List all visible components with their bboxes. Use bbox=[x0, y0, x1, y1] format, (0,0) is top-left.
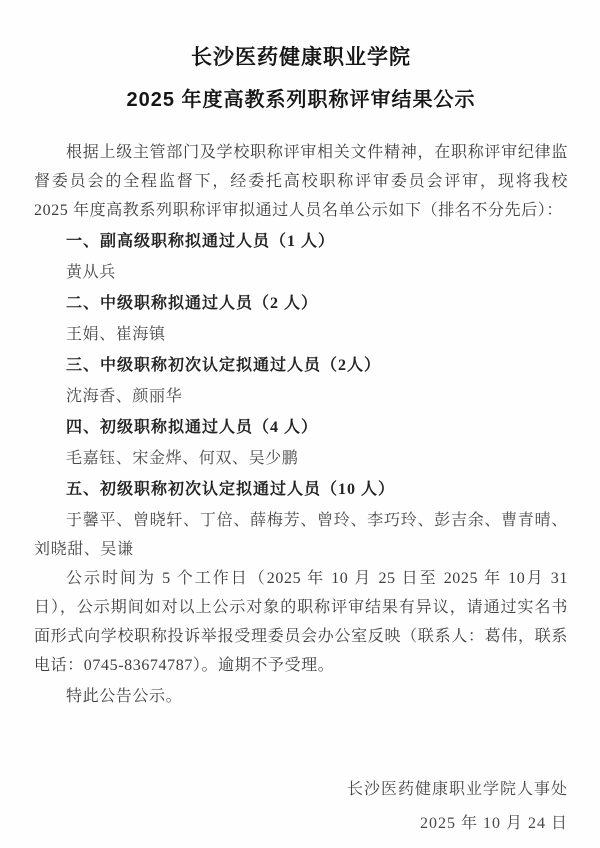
document-body: 根据上级主管部门及学校职称评审相关文件精神，在职称评审纪律监督委员会的全程监督下… bbox=[34, 138, 568, 711]
section-4-names: 毛嘉钰、宋金烨、何双、吴少鹏 bbox=[34, 444, 568, 473]
closing-paragraph: 特此公告公示。 bbox=[34, 682, 568, 711]
notice-paragraph: 公示时间为 5 个工作日（2025 年 10 月 25 日至 2025 年 10… bbox=[34, 564, 568, 680]
section-5-names: 于馨平、曾晓轩、丁倍、薛梅芳、曾玲、李巧玲、彭吉余、曹青晴、刘晓甜、吴谦 bbox=[34, 506, 568, 564]
section-1-names: 黄从兵 bbox=[34, 258, 568, 287]
section-4-heading: 四、初级职称拟通过人员（4 人） bbox=[34, 413, 568, 442]
section-5-heading: 五、初级职称初次认定拟通过人员（10 人） bbox=[34, 475, 568, 504]
document-title: 长沙医药健康职业学院 bbox=[34, 46, 568, 70]
section-3-heading: 三、中级职称初次认定拟通过人员（2人） bbox=[34, 351, 568, 380]
section-2-heading: 二、中级职称拟通过人员（2 人） bbox=[34, 289, 568, 318]
document-subtitle: 2025 年度高教系列职称评审结果公示 bbox=[34, 88, 568, 112]
signature-block: 长沙医药健康职业学院人事处 2025 年 10 月 24 日 bbox=[34, 773, 568, 841]
section-1-heading: 一、副高级职称拟通过人员（1 人） bbox=[34, 227, 568, 256]
document-page: 长沙医药健康职业学院 2025 年度高教系列职称评审结果公示 根据上级主管部门及… bbox=[0, 0, 600, 848]
signature-department: 长沙医药健康职业学院人事处 bbox=[34, 773, 568, 807]
section-2-names: 王娟、崔海镇 bbox=[34, 320, 568, 349]
section-3-names: 沈海香、颜丽华 bbox=[34, 382, 568, 411]
signature-date: 2025 年 10 月 24 日 bbox=[34, 807, 568, 841]
intro-paragraph: 根据上级主管部门及学校职称评审相关文件精神，在职称评审纪律监督委员会的全程监督下… bbox=[34, 138, 568, 225]
